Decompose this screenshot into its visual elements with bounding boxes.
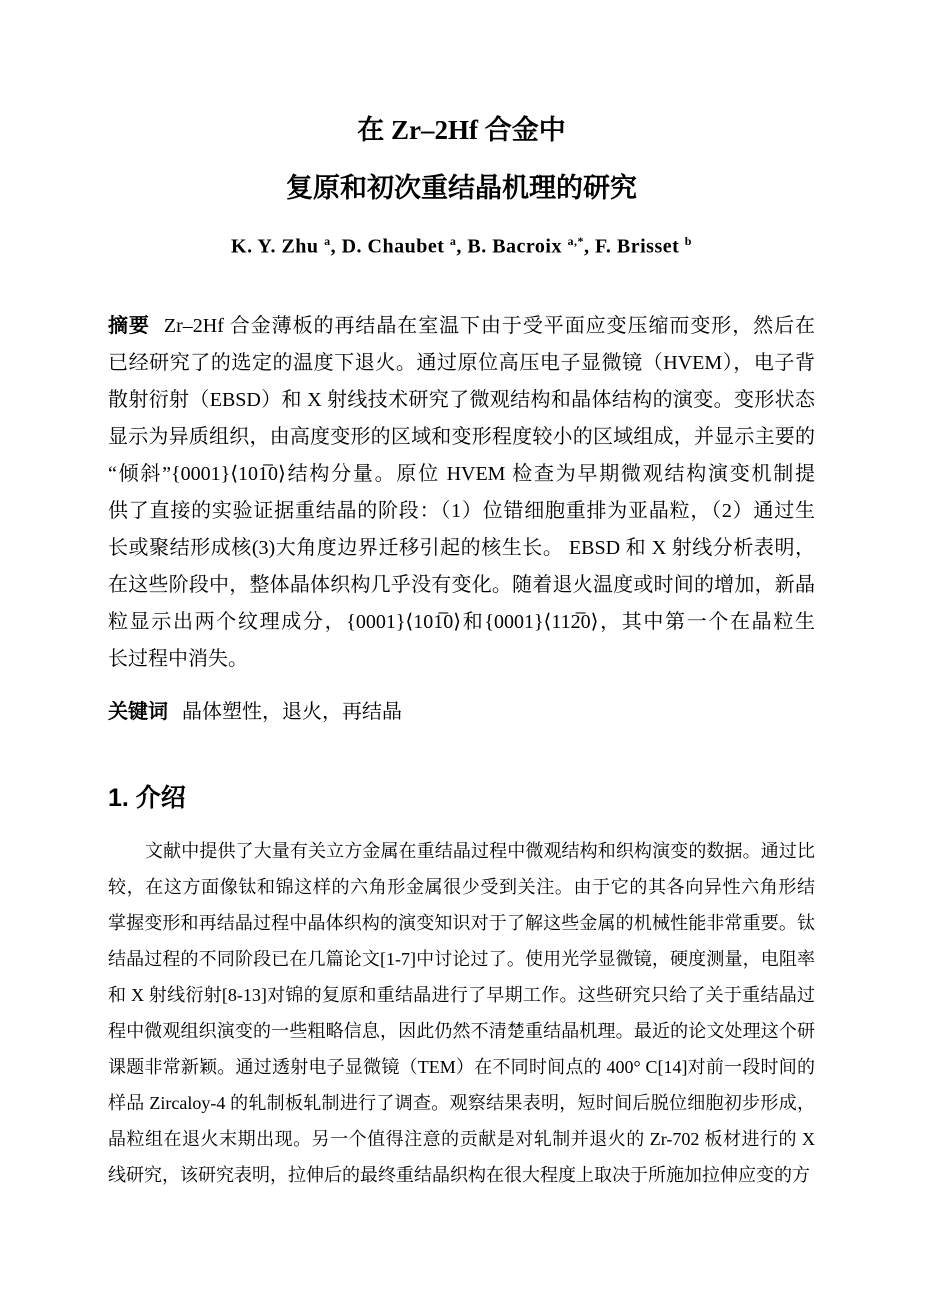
keywords-text: 晶体塑性，退火，再结晶 <box>182 701 402 723</box>
introduction-line: 样品 Zircaloy-4 的轧制板轧制进行了调查。观察结果表明，短时间后脱位细… <box>108 1085 815 1121</box>
author-1: K. Y. Zhu <box>231 236 324 258</box>
abstract-line-text: Zr–2Hf 合金薄板的再结晶在室温下由于受平面应变压缩而变形，然后在 <box>164 315 815 337</box>
keywords-label: 关键词 <box>108 701 168 723</box>
author-4: , F. Brisset <box>584 236 685 258</box>
author-4-affiliation-superscript: b <box>685 234 692 248</box>
author-2: , D. Chaubet <box>331 236 450 258</box>
author-3: , B. Bacroix <box>456 236 567 258</box>
paper-page: 在 Zr–2Hf 合金中 复原和初次重结晶机理的研究 K. Y. Zhu a, … <box>0 0 926 1309</box>
abstract-line: 在这些阶段中，整体晶体织构几乎没有变化。随着退火温度或时间的增加，新晶 <box>108 567 815 604</box>
introduction-line: 晶粒组在退火末期出现。另一个值得注意的贡献是对轧制并退火的 Zr-702 板材进… <box>108 1121 815 1157</box>
introduction-line: 文献中提供了大量有关立方金属在重结晶过程中微观结构和织构演变的数据。通过比 <box>108 833 815 869</box>
introduction-line: 较，在这方面像钛和锦这样的六角形金属很少受到关注。由于它的其各向异性六角形结构， <box>108 869 815 905</box>
abstract-line: “倾斜”{0001}⟨101̅0⟩结构分量。原位 HVEM 检查为早期微观结构演… <box>108 456 815 493</box>
abstract-line: 粒显示出两个纹理成分，{0001}⟨101̅0⟩和{0001}⟨112̅0⟩，其… <box>108 604 815 641</box>
author-3-affiliation-superscript: a,* <box>568 234 585 248</box>
keywords-line: 关键词晶体塑性，退火，再结晶 <box>108 694 815 731</box>
introduction-paragraph: 文献中提供了大量有关立方金属在重结晶过程中微观结构和织构演变的数据。通过比 较，… <box>108 833 815 1193</box>
abstract-line: 散射衍射（EBSD）和 X 射线技术研究了微观结构和晶体结构的演变。变形状态 <box>108 382 815 419</box>
introduction-line: 线研究，该研究表明，拉伸后的最终重结晶织构在很大程度上取决于所施加拉伸应变的方向 <box>108 1157 815 1193</box>
abstract-line: 长过程中消失。 <box>108 641 815 678</box>
section-heading-introduction: 1. 介绍 <box>108 783 815 813</box>
abstract-line: 摘要Zr–2Hf 合金薄板的再结晶在室温下由于受平面应变压缩而变形，然后在 <box>108 308 815 345</box>
abstract-line: 长或聚结形成核(3)大角度边界迁移引起的核生长。 EBSD 和 X 射线分析表明… <box>108 530 815 567</box>
abstract-line: 已经研究了的选定的温度下退火。通过原位高压电子显微镜（HVEM），电子背 <box>108 345 815 382</box>
introduction-line: 课题非常新颖。通过透射电子显微镜（TEM）在不同时间点的 400° C[14]对… <box>108 1049 815 1085</box>
paper-title-line-1: 在 Zr–2Hf 合金中 <box>108 114 815 146</box>
abstract-line: 显示为异质组织，由高度变形的区域和变形程度较小的区域组成，并显示主要的 <box>108 419 815 456</box>
abstract-label: 摘要 <box>108 315 150 337</box>
introduction-line: 和 X 射线衍射[8-13]对锦的复原和重结晶进行了早期工作。这些研究只给了关于… <box>108 977 815 1013</box>
introduction-line: 结晶过程的不同阶段已在几篇论文[1-7]中讨论过了。使用光学显微镜，硬度测量，电… <box>108 941 815 977</box>
paper-title-line-2: 复原和初次重结晶机理的研究 <box>108 172 815 204</box>
introduction-line: 程中微观组织演变的一些粗略信息，因此仍然不清楚重结晶机理。最近的论文处理这个研究 <box>108 1013 815 1049</box>
author-line: K. Y. Zhu a, D. Chaubet a, B. Bacroix a,… <box>108 228 815 260</box>
abstract-paragraph: 摘要Zr–2Hf 合金薄板的再结晶在室温下由于受平面应变压缩而变形，然后在 已经… <box>108 308 815 678</box>
introduction-line: 掌握变形和再结晶过程中晶体织构的演变知识对于了解这些金属的机械性能非常重要。钛重 <box>108 905 815 941</box>
abstract-line: 供了直接的实验证据重结晶的阶段：（1）位错细胞重排为亚晶粒，（2）通过生 <box>108 493 815 530</box>
